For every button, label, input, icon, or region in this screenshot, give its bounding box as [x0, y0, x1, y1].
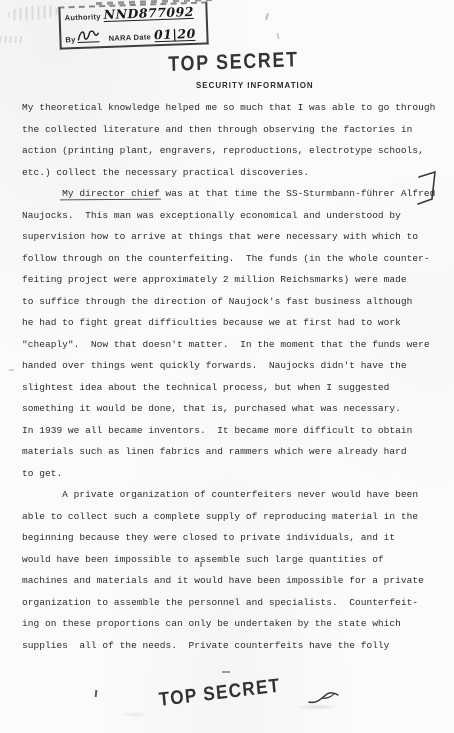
- pencil-underline-mark: [60, 198, 161, 200]
- body-line: handed over things went quickly forwards…: [22, 355, 446, 377]
- body-line: My theoretical knowledge helped me so mu…: [22, 97, 446, 119]
- body-line: "cheaply". Now that doesn't matter. In t…: [22, 334, 446, 356]
- declassification-stamp: Authority NND877092 By NARA Date 01|20: [58, 1, 208, 49]
- by-label: By: [65, 35, 75, 44]
- body-line: able to collect such a complete supply o…: [22, 506, 446, 528]
- body-line: organization to assemble the personnel a…: [22, 592, 446, 614]
- body-line: beginning because they were closed to pr…: [22, 527, 446, 549]
- nara-date-row: By NARA Date 01|20: [65, 25, 204, 49]
- nara-date-value-handwritten: 01|20: [154, 28, 196, 42]
- scanned-document-page: Authority NND877092 By NARA Date 01|20 T…: [0, 0, 454, 733]
- body-line: would have been impossible to assemble s…: [22, 549, 446, 571]
- stray-pencil-mark: [9, 369, 14, 371]
- stray-pencil-mark: [276, 33, 279, 39]
- stray-pencil-mark: [222, 671, 230, 673]
- body-line: to suffice through the direction of Nauj…: [22, 291, 446, 313]
- top-secret-stamp-header: TOP SECRET: [168, 48, 299, 77]
- body-line: machines and materials and it would have…: [22, 570, 446, 592]
- margin-bracket-mark: [417, 170, 439, 206]
- gray-smear: [296, 704, 340, 710]
- nara-date-label: NARA Date: [108, 32, 151, 42]
- body-line: supplies all of the needs. Private count…: [22, 635, 446, 657]
- stray-pencil-mark: [200, 562, 202, 567]
- authority-value-handwritten: NND877092: [103, 6, 194, 22]
- body-line: something it would be done, that is, pur…: [22, 398, 446, 420]
- gray-smear: [120, 712, 150, 717]
- top-secret-stamp-footer: TOP SECRET: [158, 675, 282, 712]
- body-line: to get.: [22, 463, 446, 485]
- body-line: etc.) collect the necessary practical di…: [22, 162, 446, 184]
- body-line: Naujocks. This man was exceptionally eco…: [22, 205, 446, 227]
- pencil-smudge: [0, 36, 22, 43]
- stray-pencil-mark: [95, 690, 98, 697]
- stray-pencil-mark: [265, 13, 269, 20]
- body-line: slightest idea about the technical proce…: [22, 377, 446, 399]
- body-line: supervision how to arrive at things that…: [22, 226, 446, 248]
- body-line: My director chief was at that time the S…: [22, 183, 446, 205]
- body-line: follow through on the counterfeiting. Th…: [22, 248, 446, 270]
- body-line: he had to fight great difficulties becau…: [22, 312, 446, 334]
- security-information-line: SECURITY INFORMATION: [196, 80, 314, 90]
- pencil-smudge: [7, 4, 58, 22]
- body-line: In 1939 we all became inventors. It beca…: [22, 420, 446, 442]
- document-body: My theoretical knowledge helped me so mu…: [22, 97, 446, 656]
- body-line: feiting project were approximately 2 mil…: [22, 269, 446, 291]
- authority-label: Authority: [65, 12, 101, 22]
- body-line: A private organization of counterfeiters…: [22, 484, 446, 506]
- body-line: materials such as linen fabrics and ramm…: [22, 441, 446, 463]
- by-signature-scribble: [77, 28, 99, 43]
- body-line: action (printing plant, engravers, repro…: [22, 140, 446, 162]
- body-line: the collected literature and then throug…: [22, 119, 446, 141]
- body-line: ing on these proportions can only be und…: [22, 613, 446, 635]
